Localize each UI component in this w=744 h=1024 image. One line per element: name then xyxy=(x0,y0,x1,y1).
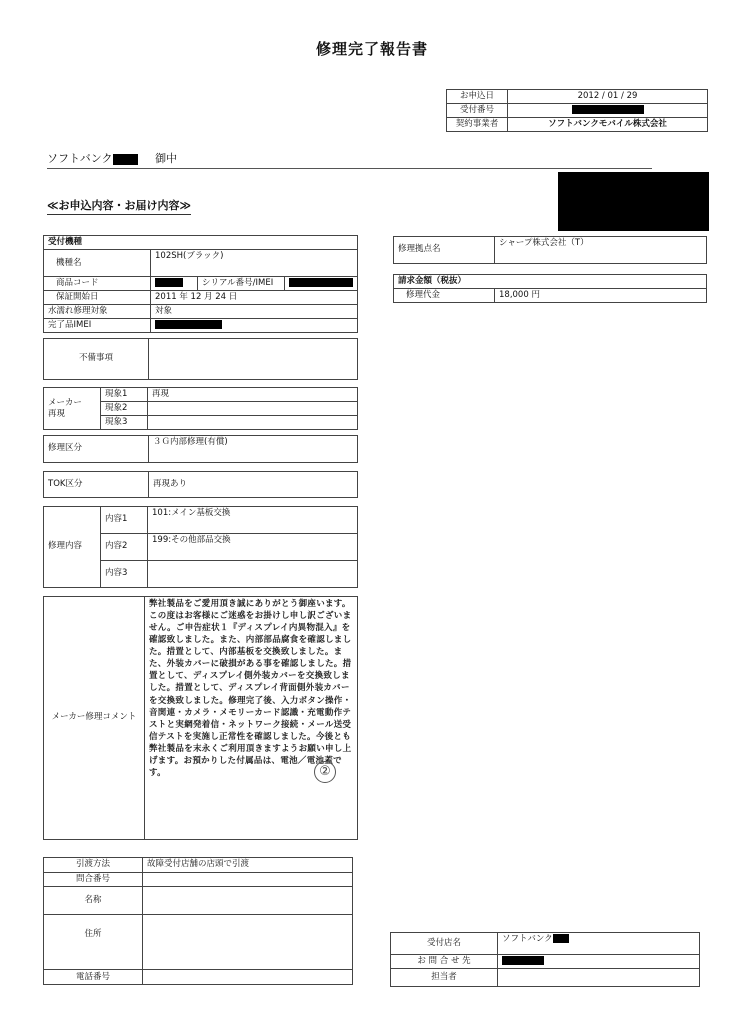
reception-number-label: 受付番号 xyxy=(447,104,508,118)
repair-fee-label: 修理代金 xyxy=(394,289,495,303)
water-damage-label: 水濡れ修理対象 xyxy=(44,305,151,319)
defect-label: 不備事項 xyxy=(44,339,149,380)
repair-content-table: 修理内容 内容1 101:メイン基板交換 内容2 199:その他部品交換 内容3 xyxy=(43,506,358,588)
completed-imei-value xyxy=(151,319,358,333)
header-info-table: お申込日 2012 / 01 / 29 受付番号 契約事業者 ソフトバンクモバイ… xyxy=(446,89,708,132)
warranty-label: 保証開始日 xyxy=(44,291,151,305)
phenomenon-1-label: 現象1 xyxy=(101,388,148,402)
defect-value xyxy=(149,339,358,380)
product-code-label: 商品コード xyxy=(44,277,151,291)
redaction-block xyxy=(572,105,644,114)
device-table: 受付機種 機種名 102SH(ブラック) 商品コード シリアル番号/IMEI 保… xyxy=(43,235,358,333)
reception-number-value xyxy=(508,104,708,118)
tok-category-value: 再現あり xyxy=(149,472,358,498)
contact-value xyxy=(498,955,700,969)
water-damage-value: 対象 xyxy=(151,305,358,319)
addressee-suffix: 御中 xyxy=(155,152,177,165)
inquiry-number-value xyxy=(143,873,353,887)
maker-repro-label: メーカー 再現 xyxy=(44,388,101,430)
repair-category-value: ３Ｇ内部修理(有償) xyxy=(149,436,358,463)
redaction-block xyxy=(155,320,222,329)
content-2-label: 内容2 xyxy=(101,534,148,561)
phenomenon-3-label: 現象3 xyxy=(101,416,148,430)
store-name-value: ソフトバンク xyxy=(498,933,700,955)
maker-repro-label-line1: メーカー xyxy=(48,398,82,408)
repair-content-label: 修理内容 xyxy=(44,507,101,588)
delivery-name-label: 名称 xyxy=(44,887,143,915)
phenomenon-1-value: 再現 xyxy=(148,388,358,402)
carrier-label: 契約事業者 xyxy=(447,118,508,132)
phenomenon-3-value xyxy=(148,416,358,430)
addressee-name: ソフトバンク xyxy=(47,152,113,165)
page-title: 修理完了報告書 xyxy=(0,38,744,59)
maker-comment-label: メーカー修理コメント xyxy=(44,597,145,840)
apply-date-label: お申込日 xyxy=(447,90,508,104)
redaction-block xyxy=(155,278,183,287)
staff-label: 担当者 xyxy=(391,969,498,987)
delivery-method-label: 引渡方法 xyxy=(44,858,143,873)
content-3-label: 内容3 xyxy=(101,561,148,588)
phenomenon-2-label: 現象2 xyxy=(101,402,148,416)
repair-category-table: 修理区分 ３Ｇ内部修理(有償) xyxy=(43,435,358,463)
redaction-block xyxy=(558,172,709,231)
serial-value xyxy=(285,277,358,291)
tok-category-label: TOK区分 xyxy=(44,472,149,498)
apply-date-value: 2012 / 01 / 29 xyxy=(508,90,708,104)
delivery-phone-label: 電話番号 xyxy=(44,970,143,985)
repair-site-table: 修理拠点名 シャープ株式会社（T） xyxy=(393,236,707,264)
store-name-text: ソフトバンク xyxy=(502,934,553,944)
contact-label: お 問 合 せ 先 xyxy=(391,955,498,969)
redaction-block xyxy=(289,278,353,287)
section-title: ≪お申込内容・お届け内容≫ xyxy=(47,197,191,215)
delivery-address-label: 住所 xyxy=(44,915,143,970)
completed-imei-label: 完了品IMEI xyxy=(44,319,151,333)
maker-comment-table: メーカー修理コメント 弊社製品をご愛用頂き誠にありがとう御座います。この度はお客… xyxy=(43,596,358,840)
delivery-name-value xyxy=(143,887,353,915)
maker-repro-table: メーカー 再現 現象1 再現 現象2 現象3 xyxy=(43,387,358,430)
content-1-label: 内容1 xyxy=(101,507,148,534)
store-table: 受付店名 ソフトバンク お 問 合 せ 先 担当者 xyxy=(390,932,700,987)
content-3-value xyxy=(148,561,358,588)
carrier-value: ソフトバンクモバイル株式会社 xyxy=(508,118,708,132)
circled-number-mark: ② xyxy=(314,761,336,783)
redaction-block xyxy=(502,956,544,965)
phenomenon-2-value xyxy=(148,402,358,416)
billing-heading: 請求金額（税抜） xyxy=(394,275,707,289)
repair-site-label: 修理拠点名 xyxy=(394,237,495,264)
serial-label: シリアル番号/IMEI xyxy=(198,277,285,291)
tok-category-table: TOK区分 再現あり xyxy=(43,471,358,498)
product-code-value xyxy=(151,277,198,291)
delivery-address-value xyxy=(143,915,353,970)
device-heading: 受付機種 xyxy=(44,236,358,250)
staff-value xyxy=(498,969,700,987)
delivery-method-value: 故障受付店舗の店頭で引渡 xyxy=(143,858,353,873)
redaction-block xyxy=(113,154,138,165)
inquiry-number-label: 問合番号 xyxy=(44,873,143,887)
repair-site-value: シャープ株式会社（T） xyxy=(495,237,707,264)
model-label: 機種名 xyxy=(44,250,151,277)
repair-category-label: 修理区分 xyxy=(44,436,149,463)
repair-fee-value: 18,000 円 xyxy=(495,289,707,303)
content-2-value: 199:その他部品交換 xyxy=(148,534,358,561)
defect-table: 不備事項 xyxy=(43,338,358,380)
billing-table: 請求金額（税抜） 修理代金 18,000 円 xyxy=(393,274,707,303)
delivery-phone-value xyxy=(143,970,353,985)
maker-repro-label-line2: 再現 xyxy=(48,409,65,419)
delivery-table: 引渡方法 故障受付店舗の店頭で引渡 問合番号 名称 住所 電話番号 xyxy=(43,857,353,985)
redaction-block xyxy=(553,934,569,943)
store-name-label: 受付店名 xyxy=(391,933,498,955)
content-1-value: 101:メイン基板交換 xyxy=(148,507,358,534)
model-value: 102SH(ブラック) xyxy=(151,250,358,277)
warranty-value: 2011 年 12 月 24 日 xyxy=(151,291,358,305)
maker-comment-text: 弊社製品をご愛用頂き誠にありがとう御座います。この度はお客様にご迷惑をお掛けし申… xyxy=(145,597,358,840)
addressee-line: ソフトバンク 御中 xyxy=(47,150,652,169)
